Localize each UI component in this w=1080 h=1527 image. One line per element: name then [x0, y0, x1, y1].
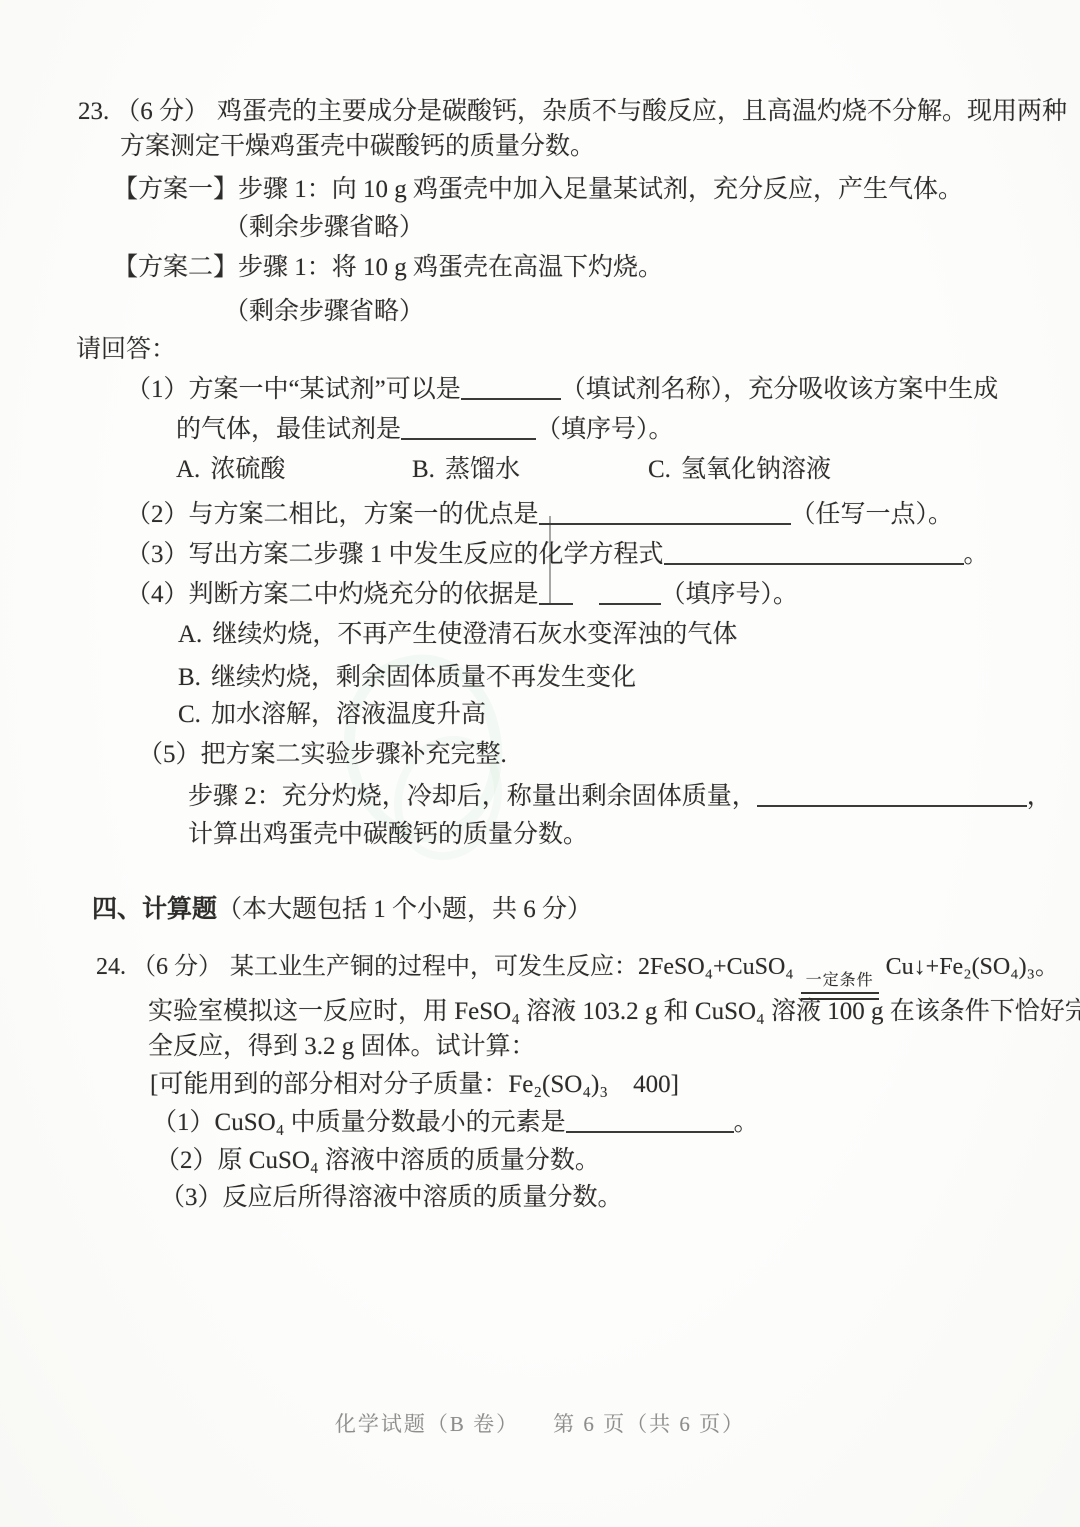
q24-body-line1: 实验室模拟这一反应时，用 FeSO₄ 溶液 103.2 g 和 CuSO₄ 溶液… [148, 995, 1080, 1029]
footer-page-number: 第 6 页（共 6 页） [553, 1412, 745, 1436]
q23-number: 23. [78, 98, 109, 125]
section4-note: （本大题包括 1 个小题，共 6 分） [217, 896, 592, 923]
q23-sub5: （5）把方案二实验步骤补充完整. [138, 738, 507, 772]
reaction-condition-text: 一定条件 [801, 972, 879, 994]
q23-intro-line2: 方案测定干燥鸡蛋壳中碳酸钙的质量分数。 [120, 130, 595, 164]
answer-blank [757, 785, 1027, 807]
option-a-label: A. [176, 456, 200, 483]
section4-heading: 四、计算题（本大题包括 1 个小题，共 6 分） [92, 893, 592, 927]
q24-sub2: （2）原 CuSO₄ 溶液中溶质的质量分数。 [155, 1144, 600, 1178]
section4-title: 四、计算题 [92, 896, 217, 923]
q23-intro-text2: 方案测定干燥鸡蛋壳中碳酸钙的质量分数。 [120, 133, 595, 160]
q23-intro-line1: 23.（6 分）鸡蛋壳的主要成分是碳酸钙，杂质不与酸反应，且高温灼烧不分解。现用… [78, 95, 1067, 129]
answer-blank [566, 1111, 734, 1133]
q23-sub4-option-c: C.加水溶解，溶液温度升高 [178, 698, 486, 732]
q24-number: 24. [96, 954, 126, 980]
q23-plan2: 【方案二】步骤 1：将 10 g 鸡蛋壳在高温下灼烧。 [113, 251, 663, 285]
q24-hint: [可能用到的部分相对分子质量：Fe₂(SO₄)₃ 400] [150, 1068, 679, 1102]
answer-blank [539, 583, 573, 605]
q23-sub1-line2: 的气体，最佳试剂是（填序号）。 [176, 413, 674, 447]
option-c: C.氢氧化钠溶液 [648, 453, 831, 487]
answer-blank [599, 583, 661, 605]
q23-sub1-line1: （1）方案一中“某试剂”可以是（填试剂名称），充分吸收该方案中生成 [126, 373, 998, 407]
q23-sub4-option-b: B.继续灼烧，剩余固体质量不再发生变化 [178, 661, 636, 695]
q24-sub1: （1）CuSO₄ 中质量分数最小的元素是。 [152, 1106, 759, 1140]
exam-page: 23.（6 分）鸡蛋壳的主要成分是碳酸钙，杂质不与酸反应，且高温灼烧不分解。现用… [0, 0, 1080, 1527]
answer-blank [664, 543, 964, 565]
option-c-label: C. [648, 456, 671, 483]
answer-blank [401, 418, 536, 440]
answer-blank [539, 503, 791, 525]
plan1-text: 步骤 1：向 10 g 鸡蛋壳中加入足量某试剂，充分反应，产生气体。 [238, 176, 963, 203]
q24-sub3: （3）反应后所得溶液中溶质的质量分数。 [160, 1181, 623, 1215]
q23-plan1: 【方案一】步骤 1：向 10 g 鸡蛋壳中加入足量某试剂，充分反应，产生气体。 [113, 173, 963, 207]
equation-right: Cu↓+Fe₂(SO₄)₃ [886, 954, 1035, 980]
plan2-text: 步骤 1：将 10 g 鸡蛋壳在高温下灼烧。 [238, 254, 663, 281]
q23-plan2-note: （剩余步骤省略） [224, 295, 424, 329]
q23-sub5-step2: 步骤 2：充分灼烧，冷却后，称量出剩余固体质量，， [188, 780, 1052, 814]
q24-score: （6 分） [132, 954, 222, 980]
q24-body-line2: 全反应，得到 3.2 g 固体。试计算： [148, 1030, 536, 1064]
sub3-num: （3） [126, 541, 189, 568]
q23-score: （6 分） [115, 98, 209, 125]
q24-intro-line: 24.（6 分）某工业生产铜的过程中，可发生反应：2FeSO₄+CuSO₄一定条… [96, 950, 1059, 1000]
q23-plan1-note: （剩余步骤省略） [224, 211, 424, 245]
answer-blank [461, 378, 561, 400]
q23-answer-prompt: 请回答： [76, 333, 176, 367]
q24-sub2-num: （2） [155, 1147, 218, 1174]
q23-intro-text1: 鸡蛋壳的主要成分是碳酸钙，杂质不与酸反应，且高温灼烧不分解。现用两种 [217, 98, 1067, 125]
page-footer: 化学试题（B 卷）第 6 页（共 6 页） [0, 1408, 1080, 1438]
option-b: B.蒸馏水 [412, 453, 520, 487]
sub2-num: （2） [126, 501, 189, 528]
option-b-label: B. [412, 456, 435, 483]
option-a: A.浓硫酸 [176, 453, 285, 487]
footer-exam-title: 化学试题（B 卷） [335, 1412, 519, 1436]
q24-sub1-num: （1） [152, 1109, 215, 1136]
sub5-num: （5） [138, 741, 201, 768]
q23-sub2: （2）与方案二相比，方案一的优点是（任写一点）。 [126, 498, 953, 532]
q24-sub3-num: （3） [160, 1184, 223, 1211]
sub4-num: （4） [126, 581, 189, 608]
q23-sub4-option-a: A.继续灼烧，不再产生使澄清石灰水变浑浊的气体 [178, 618, 737, 652]
q23-sub3: （3）写出方案二步骤 1 中发生反应的化学方程式。 [126, 538, 989, 572]
q23-sub4: （4）判断方案二中灼烧充分的依据是（填序号）。 [126, 578, 798, 612]
plan1-label: 【方案一】 [113, 176, 238, 203]
q23-sub5-step2-line2: 计算出鸡蛋壳中碳酸钙的质量分数。 [188, 818, 588, 852]
sub1-num: （1） [126, 376, 189, 403]
plan2-label: 【方案二】 [113, 254, 238, 281]
equation-left: 2FeSO₄+CuSO₄ [638, 954, 794, 980]
